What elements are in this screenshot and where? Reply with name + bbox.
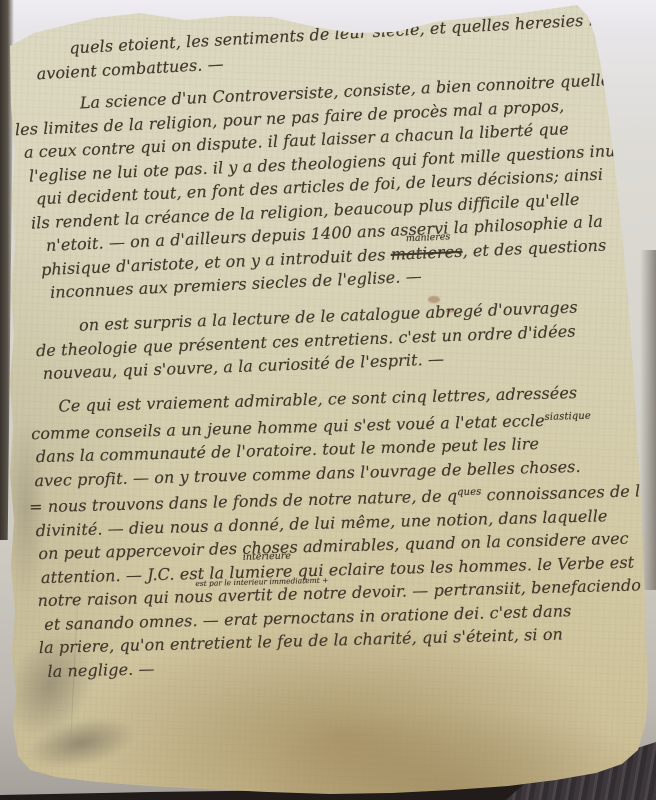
manuscript-segment: matieresmanieres [390, 241, 463, 263]
manuscript-segment: nous avertitest par le interieur immedia… [174, 585, 273, 607]
interlinear-insertion: manieres [406, 232, 451, 244]
manuscript-segment: notre raison qui [37, 588, 174, 611]
manuscript-page: quels etoient, les sentiments de leur si… [0, 0, 656, 800]
manuscript-paragraph: La science d'un Controversiste, consiste… [39, 67, 648, 304]
manuscript-segment: connoissances de la [481, 481, 650, 504]
interlinear-insertion: interieure [243, 551, 291, 562]
manuscript-paragraph: Ce qui est vraiement admirable, ce sont … [40, 379, 647, 683]
manuscript-paragraph: on est surpris a la lecture de le catalo… [43, 293, 645, 385]
photo-frame: quels etoient, les sentiments de leur si… [0, 0, 656, 800]
manuscript-segment: siastique [544, 410, 591, 422]
manuscript-text: quels etoient, les sentiments de leur si… [44, 38, 644, 683]
manuscript-segment: ques [457, 487, 482, 499]
manuscript-segment: avoient combattues. — [36, 54, 224, 83]
manuscript-segment: la neglige. — [47, 659, 155, 681]
